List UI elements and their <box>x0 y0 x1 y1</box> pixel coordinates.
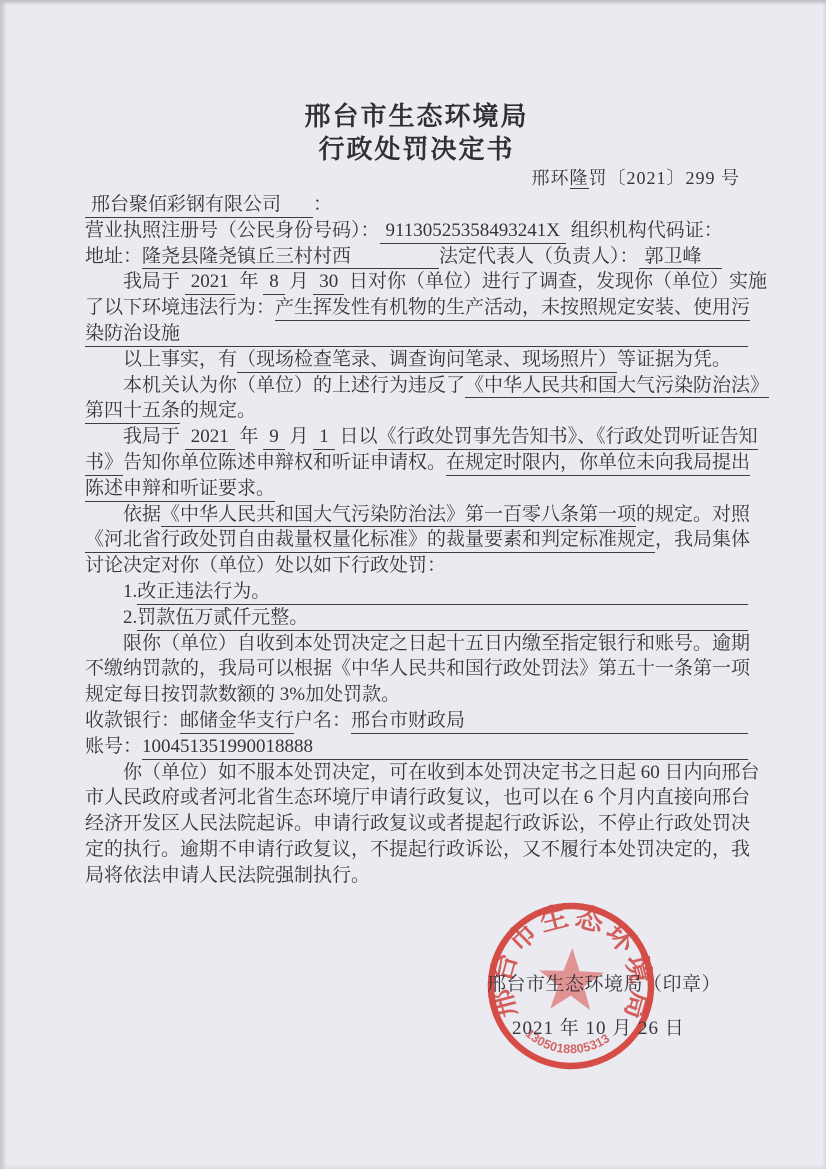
text-segment: 日对你（单位）进行了调查，发现你（单位）实施 <box>344 269 767 295</box>
document-line: 以上事实，有（现场检查笔录、调查询问笔录、现场照片）等证据为凭。 <box>85 347 748 373</box>
underlined-text-segment: 《行政处罚事先告知书》、《行政处罚听证告知 <box>378 424 758 450</box>
text-segment: ： <box>313 192 332 218</box>
text-segment: 的规定。对照 <box>636 502 750 528</box>
document-line: 定的执行。逾期不申请行政复议，不提起行政诉讼，又不履行本处罚决定的，我 <box>85 837 748 863</box>
text-segment: 你（单位）如不服本处罚决定，可在收到本处罚决定书之日起 60 日内向邢台 <box>123 760 760 786</box>
document-line: 我局于 2021 年 8 月 30 日对你（单位）进行了调查，发现你（单位）实施 <box>85 269 748 295</box>
document-number: 邢环隆罚〔2021〕299 号 <box>85 166 748 191</box>
underlined-text-segment: 100451351990018888 <box>142 734 313 760</box>
text-segment: 账号： <box>85 734 142 760</box>
underlined-text-segment <box>351 244 439 270</box>
text-segment: 经济开发区人民法院起诉。申请行政复议或者提起行政诉讼，不停止行政处罚决 <box>85 811 750 837</box>
document-line: 陈述申辩和听证要求。 <box>85 476 748 502</box>
underlined-text-segment <box>308 605 748 631</box>
document-line: 1.改正违法行为。 <box>85 579 748 605</box>
underlined-text-segment: （现场检查笔录、调查询问笔录、现场照片） <box>237 347 617 373</box>
text-segment: 限你（单位）自收到本处罚决定之日起十五日内缴至指定银行和账号。逾期 <box>123 631 750 657</box>
text-segment: 定的执行。逾期不申请行政复议，不提起行政诉讼，又不履行本处罚决定的，我 <box>85 837 750 863</box>
underlined-text-segment <box>313 734 748 760</box>
issue-date: 2021 年 10 月 26 日 <box>512 1013 685 1040</box>
text-segment: 市人民政府或者河北省生态环境厅申请行政复议，也可以在 6 个月内直接向邢台 <box>85 785 750 811</box>
text-segment: 规定每日按罚款数额的 3%加处罚款。 <box>85 682 400 708</box>
document-line: 经济开发区人民法院起诉。申请行政复议或者提起行政诉讼，不停止行政处罚决 <box>85 811 748 837</box>
document-line: 本机关认为你（单位）的上述行为违反了《中华人民共和国大气污染防治法》 <box>85 373 748 399</box>
text-segment: 月 <box>285 424 314 450</box>
text-segment: 月 <box>285 269 314 295</box>
text-segment: 1. <box>123 579 137 605</box>
underlined-text-segment: 2021 <box>185 424 235 450</box>
underlined-text-segment: 邮储金华支行 <box>180 708 294 734</box>
text-segment: 收款银行： <box>85 708 180 734</box>
underlined-text-segment: 第四十五条 <box>85 398 180 424</box>
underlined-text-segment <box>708 244 722 270</box>
text-segment: 依据 <box>123 502 161 528</box>
document-line: 我局于 2021 年 9 月 1 日以《行政处罚事先告知书》、《行政处罚听证告知 <box>85 424 748 450</box>
underlined-text-segment: 隆尧县隆尧镇丘三村村西 <box>142 244 351 270</box>
text-segment: 以上事实，有 <box>123 347 237 373</box>
document-line: 2.罚款伍万贰仟元整。 <box>85 605 748 631</box>
underlined-text-segment: 邢台市财政局 <box>351 708 465 734</box>
underlined-text-segment: 郭卫峰 <box>639 244 708 270</box>
underlined-text-segment: 书》 <box>85 450 123 476</box>
underlined-text-segment: 陈述申辩和听证要求。 <box>85 476 275 502</box>
text-segment: 不缴纳罚款的，我局可以根据《中华人民共和国行政处罚法》第五十一条第一项 <box>85 656 750 682</box>
text-segment: 我局于 <box>123 269 185 295</box>
document-line: 规定每日按罚款数额的 3%加处罚款。 <box>85 682 748 708</box>
text-segment: 讨论决定对你（单位）处以如下行政处罚： <box>85 553 446 579</box>
text-segment: 法定代表人（负责人）： <box>439 244 639 270</box>
document-line: 第四十五条的规定。 <box>85 398 748 424</box>
underlined-text-segment: 9 <box>263 424 285 450</box>
document-line: 地址：隆尧县隆尧镇丘三村村西法定代表人（负责人）：郭卫峰 <box>85 244 748 270</box>
underlined-text-segment: 1 <box>313 424 335 450</box>
text-segment: 2. <box>123 605 137 631</box>
text-segment: 户名： <box>294 708 351 734</box>
document-number-prefix: 邢环 <box>532 168 570 188</box>
document-line: 讨论决定对你（单位）处以如下行政处罚： <box>85 553 748 579</box>
text-segment: ，我局集体 <box>655 527 750 553</box>
scanned-document-page: 邢台市生态环境局 行政处罚决定书 邢环隆罚〔2021〕299 号 邢台聚佰彩钢有… <box>0 0 826 1169</box>
text-segment: 了以下环境违法行为： <box>85 295 275 321</box>
underlined-text-segment: 2021 <box>185 269 235 295</box>
document-line: 不缴纳罚款的，我局可以根据《中华人民共和国行政处罚法》第五十一条第一项 <box>85 656 748 682</box>
underlined-text-segment: 30 <box>313 269 344 295</box>
underlined-text-segment <box>270 579 748 605</box>
underlined-text-segment: 染防治设施 <box>85 321 180 347</box>
document-title-org: 邢台市生态环境局 <box>85 100 748 133</box>
text-segment: 告知你单位陈述申辩权和听证申请权。 <box>123 450 446 476</box>
underlined-text-segment: 邢台聚佰彩钢有限公司 <box>85 192 287 218</box>
underlined-text-segment: 产生挥发性有机物的生产活动，未按照规定安装、使用污 <box>275 295 750 321</box>
document-number-suffix: 罚〔2021〕299 号 <box>589 168 741 188</box>
document-number-underlined-char: 隆 <box>570 168 589 189</box>
text-segment: 年 <box>235 424 264 450</box>
document-body: 邢台聚佰彩钢有限公司：营业执照注册号（公民身份号码）：9113052535849… <box>85 192 748 889</box>
text-segment: 的规定。 <box>180 398 256 424</box>
underlined-text-segment: 8 <box>263 269 285 295</box>
document-line: 书》告知你单位陈述申辩权和听证申请权。在规定时限内，你单位未向我局提出 <box>85 450 748 476</box>
document-line: 了以下环境违法行为：产生挥发性有机物的生产活动，未按照规定安装、使用污 <box>85 295 748 321</box>
text-segment: 营业执照注册号（公民身份号码）： <box>85 218 380 244</box>
text-segment: 本机关认为你（单位）的上述行为违反了 <box>123 373 465 399</box>
underlined-text-segment: 《河北省行政处罚自由裁量权量化标准》的裁量要素和判定标准规定 <box>85 527 655 553</box>
document-line: 限你（单位）自收到本处罚决定之日起十五日内缴至指定银行和账号。逾期 <box>85 631 748 657</box>
text-segment: 我局于 <box>123 424 185 450</box>
text-segment: 局将依法申请人民法院强制执行。 <box>85 863 370 889</box>
document-content: 邢台市生态环境局 行政处罚决定书 邢环隆罚〔2021〕299 号 邢台聚佰彩钢有… <box>0 0 826 889</box>
underlined-text-segment <box>180 321 748 347</box>
underlined-text-segment <box>287 192 313 218</box>
underlined-text-segment: 《中华人民共和国大气污染防治法》第一百零八条第一项 <box>161 502 636 528</box>
text-segment: 等证据为凭。 <box>617 347 731 373</box>
underlined-text-segment: 改正违法行为。 <box>137 579 270 605</box>
document-line: 染防治设施 <box>85 321 748 347</box>
document-line: 邢台聚佰彩钢有限公司： <box>85 192 748 218</box>
document-line: 账号：100451351990018888 <box>85 734 748 760</box>
underlined-text-segment: 在规定时限内，你单位未向我局提出 <box>446 450 750 476</box>
underlined-text-segment: 《中华人民共和国大气污染防治法》 <box>465 373 769 399</box>
text-segment: 日以 <box>335 424 378 450</box>
text-segment: 地址： <box>85 244 142 270</box>
document-line: 《河北省行政处罚自由裁量权量化标准》的裁量要素和判定标准规定，我局集体 <box>85 527 748 553</box>
text-segment: 组织机构代码证： <box>566 218 723 244</box>
document-line: 你（单位）如不服本处罚决定，可在收到本处罚决定书之日起 60 日内向邢台 <box>85 760 748 786</box>
underlined-text-segment <box>465 708 748 734</box>
document-line: 营业执照注册号（公民身份号码）：91130525358493241X 组织机构代… <box>85 218 748 244</box>
document-line: 依据《中华人民共和国大气污染防治法》第一百零八条第一项的规定。对照 <box>85 502 748 528</box>
document-line: 市人民政府或者河北省生态环境厅申请行政复议，也可以在 6 个月内直接向邢台 <box>85 785 748 811</box>
underlined-text-segment: 罚款伍万贰仟元整。 <box>137 605 308 631</box>
text-segment: 年 <box>235 269 264 295</box>
issuer-name: 邢台市生态环境局（印章） <box>487 969 721 996</box>
document-title-type: 行政处罚决定书 <box>85 133 748 166</box>
document-line: 收款银行：邮储金华支行户名：邢台市财政局 <box>85 708 748 734</box>
underlined-text-segment: 91130525358493241X <box>380 218 567 244</box>
